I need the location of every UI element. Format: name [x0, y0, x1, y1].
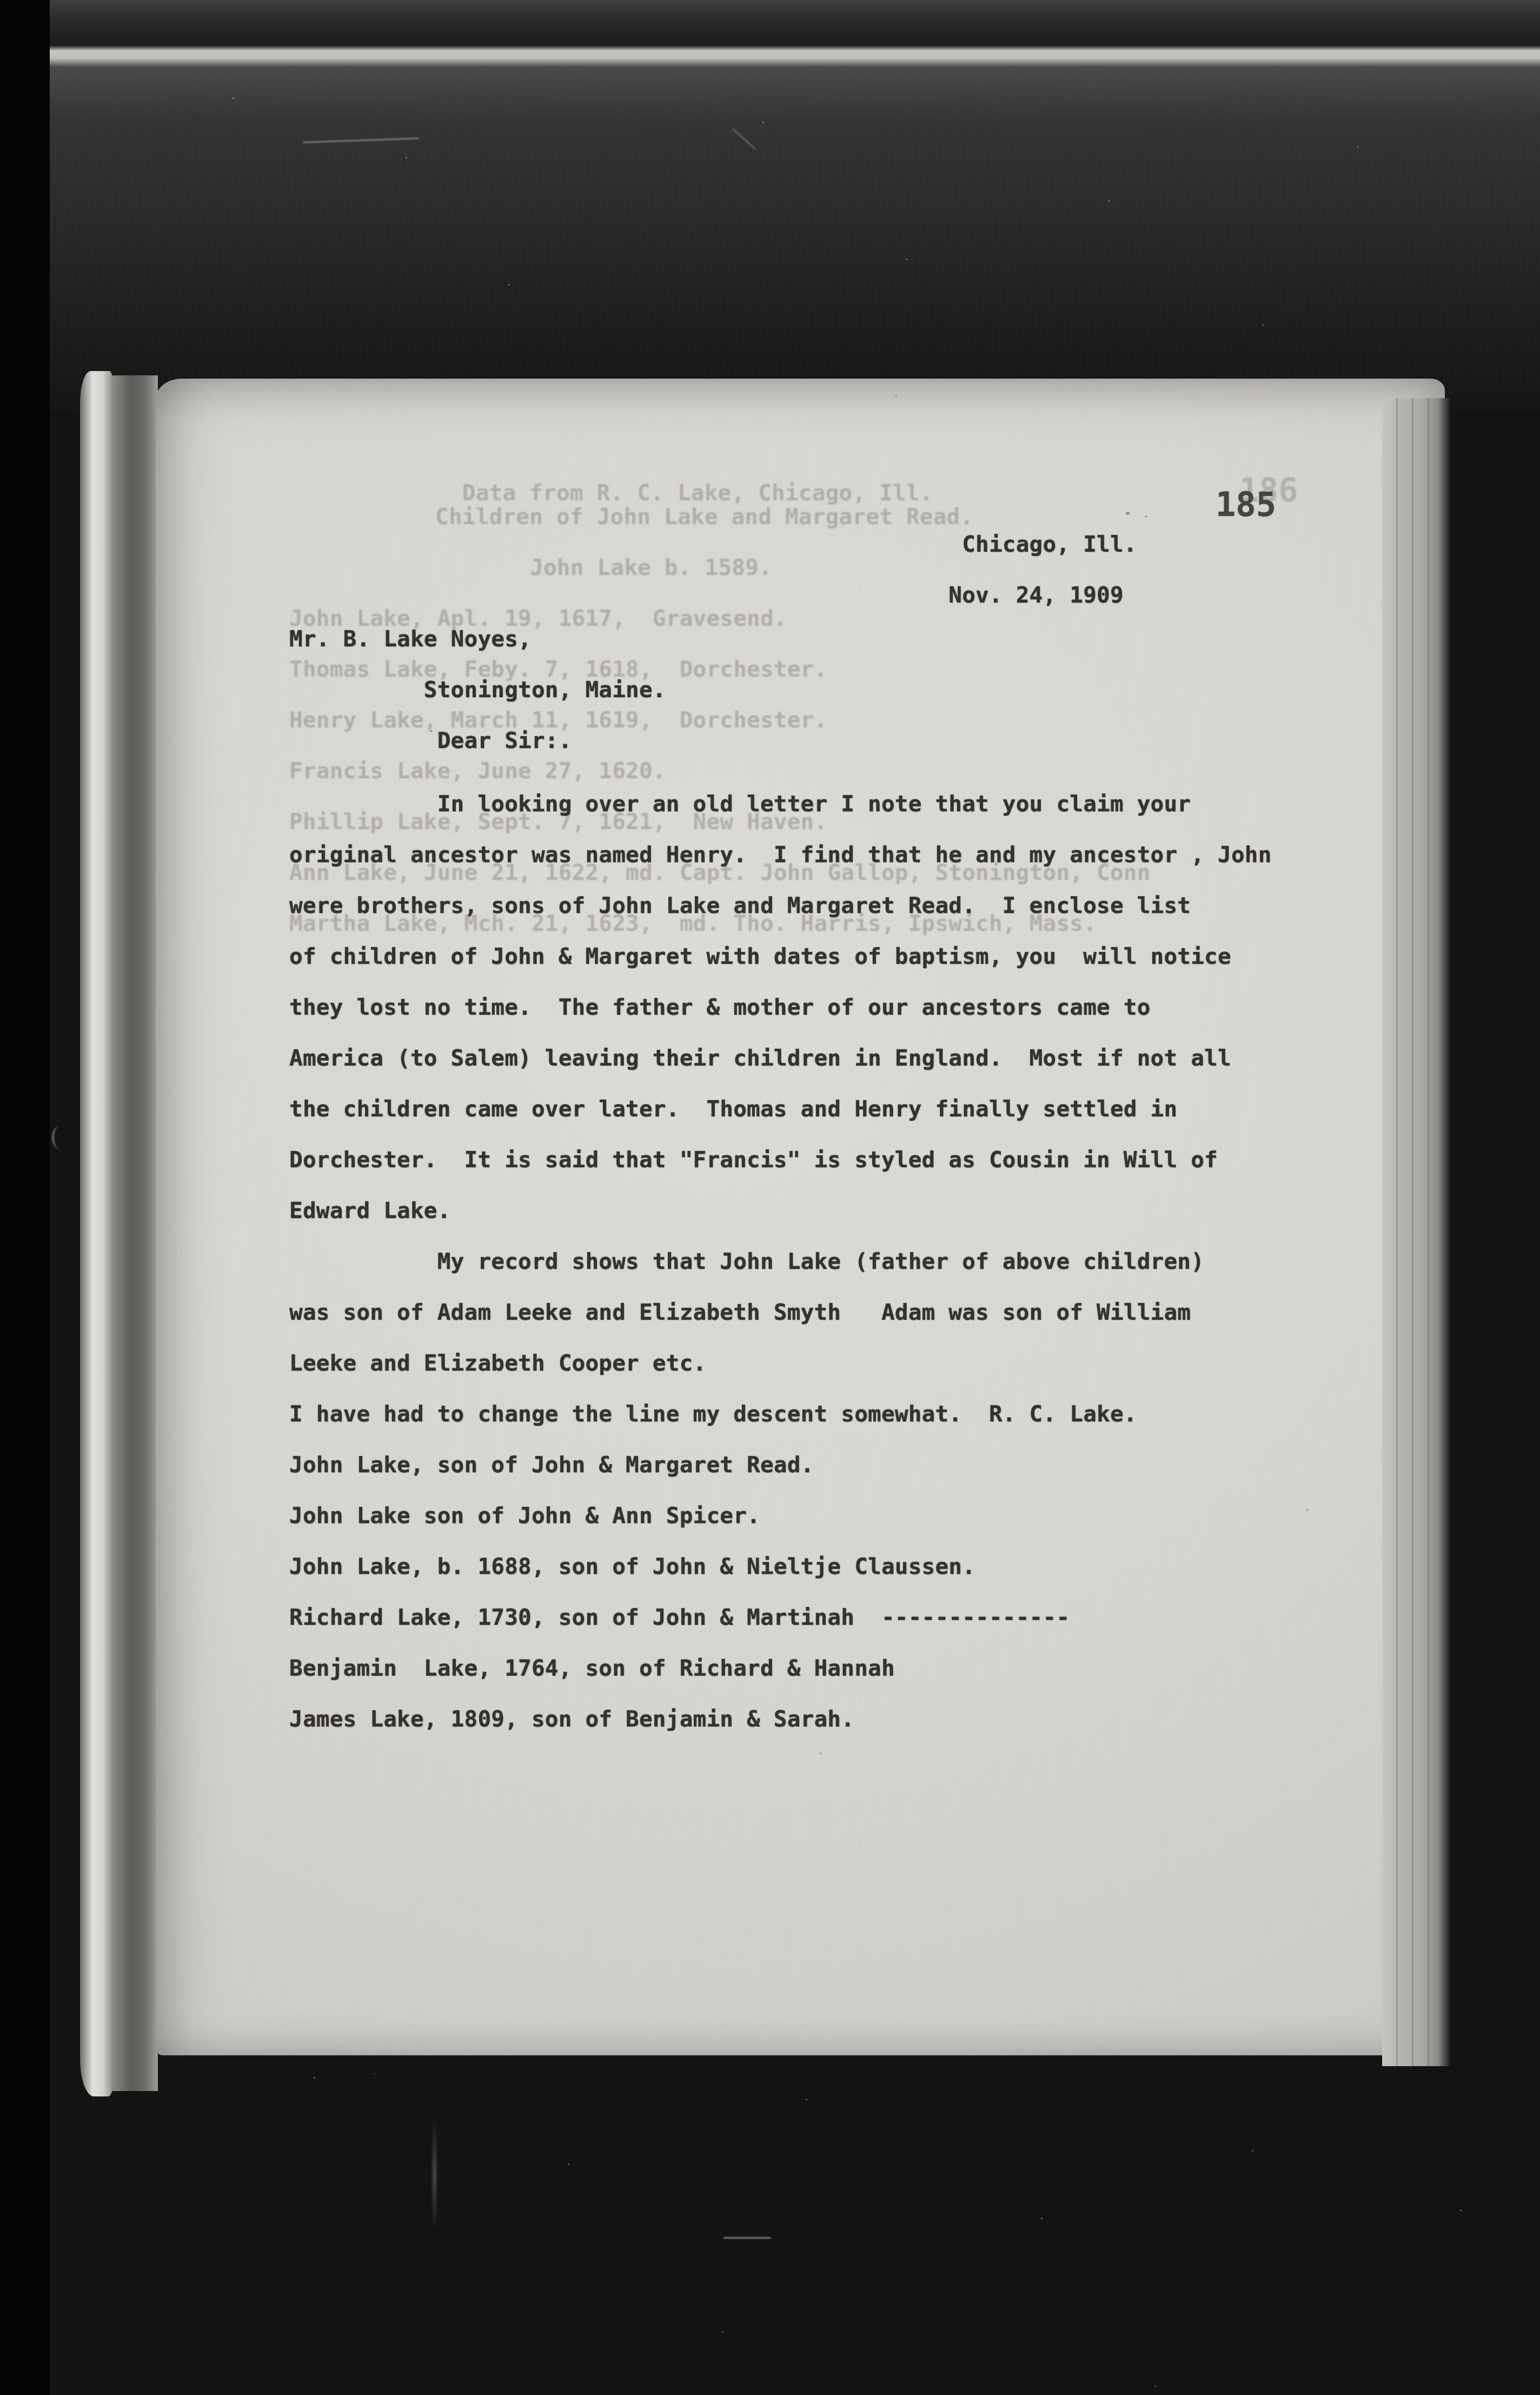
dust-specks — [233, 97, 234, 99]
letter-place-date: Chicago, Ill. Nov. 24, 1909 — [289, 519, 1137, 620]
film-scratch-vertical — [433, 2118, 436, 2232]
page-stack-edge-lines — [1382, 398, 1450, 2066]
letter-recipient-address: Mr. B. Lake Noyes, Stonington, Maine. De… — [289, 613, 666, 766]
microfilm-scan-frame: Data from R. C. Lake, Chicago, Ill. Chil… — [0, 0, 1540, 2395]
film-left-black-edge — [0, 0, 50, 2395]
letter-body: In looking over an old letter I note tha… — [289, 778, 1272, 1744]
book-gutter-shadow — [111, 375, 158, 2091]
page-number: 185 — [1216, 485, 1276, 524]
film-grain-texture — [0, 65, 1540, 389]
film-scratch-crescent — [52, 1126, 67, 1149]
film-scratch — [723, 2237, 771, 2239]
pencil-dot-marks — [1126, 512, 1130, 515]
paper-specks — [430, 730, 433, 732]
book-spine-page-edge — [80, 371, 114, 2096]
